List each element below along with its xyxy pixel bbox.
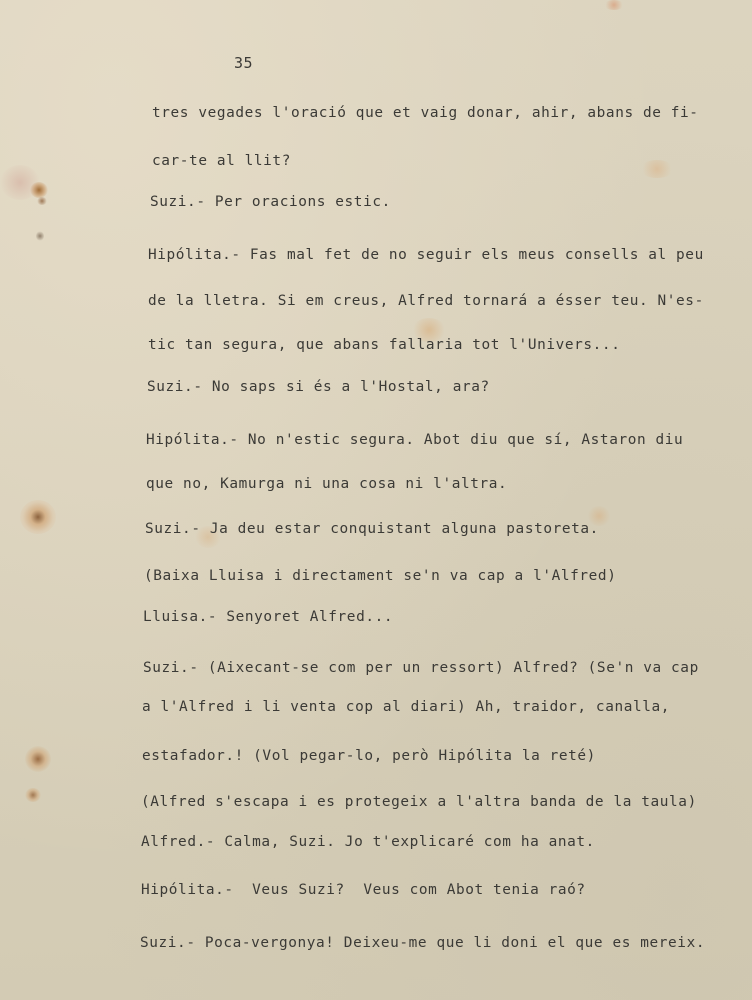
script-line: Suzi.- No saps si és a l'Hostal, ara? <box>147 378 490 396</box>
pink-stain <box>0 165 40 200</box>
stage-direction: (Baixa Lluisa i directament se'n va cap … <box>144 567 616 585</box>
typewritten-page: 35 tres vegades l'oració que et vaig don… <box>0 0 752 1000</box>
rust-stain <box>37 197 47 205</box>
script-line: Suzi.- Ja deu estar conquistant alguna p… <box>145 520 599 538</box>
script-line: car-te al llit? <box>152 152 291 170</box>
script-line: Suzi.- Per oracions estic. <box>150 193 391 211</box>
foxing-stain <box>604 0 624 10</box>
ink-speck <box>36 231 44 241</box>
script-line: estafador.! (Vol pegar-lo, però Hipólita… <box>142 747 596 765</box>
script-line: tic tan segura, que abans fallaria tot l… <box>148 336 620 354</box>
script-line: tres vegades l'oració que et vaig donar,… <box>152 104 699 122</box>
foxing-stain <box>640 160 674 178</box>
rust-stain <box>25 788 41 802</box>
script-line: Hipólita.- Fas mal fet de no seguir els … <box>148 246 704 264</box>
script-line: Hipólita.- Veus Suzi? Veus com Abot teni… <box>141 881 586 899</box>
rust-stain <box>20 500 56 534</box>
script-line: Alfred.- Calma, Suzi. Jo t'explicaré com… <box>141 833 595 851</box>
stage-direction: (Alfred s'escapa i es protegeix a l'altr… <box>141 793 697 811</box>
rust-stain <box>30 182 48 198</box>
script-line: Suzi.- Poca-vergonya! Deixeu-me que li d… <box>140 934 705 952</box>
script-line: Lluisa.- Senyoret Alfred... <box>143 608 393 626</box>
script-line: a l'Alfred i li venta cop al diari) Ah, … <box>142 698 670 716</box>
rust-stain <box>25 746 51 772</box>
script-line: Suzi.- (Aixecant-se com per un ressort) … <box>143 659 699 677</box>
page-number: 35 <box>234 54 253 72</box>
script-line: de la lletra. Si em creus, Alfred tornar… <box>148 292 704 310</box>
script-line: Hipólita.- No n'estic segura. Abot diu q… <box>146 431 683 449</box>
script-line: que no, Kamurga ni una cosa ni l'altra. <box>146 475 507 493</box>
